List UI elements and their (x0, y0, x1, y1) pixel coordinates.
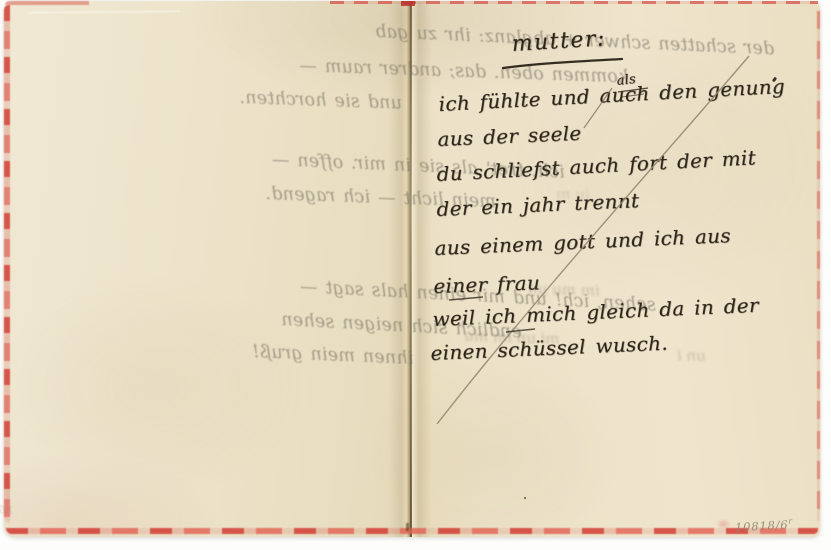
poem-line: einer frau (433, 270, 540, 298)
archive-number-suffix: r (788, 516, 793, 525)
showthrough-smudge: im mu un (528, 279, 600, 299)
archive-number-value: 10818/6 (735, 518, 789, 535)
archive-number-mirrored: 10818/2 (0, 500, 14, 517)
showthrough-smudge: un i (676, 346, 706, 365)
left-page (4, 1, 410, 537)
showthrough-smudge: iu m (556, 185, 590, 204)
manuscript-photo: der schatten schwer + abglanz: ihr zu ga… (0, 0, 831, 550)
showthrough-smudge: mi un im mu (464, 327, 560, 348)
archive-number: 10818/6r (735, 516, 794, 534)
gutter-crease (410, 1, 412, 537)
